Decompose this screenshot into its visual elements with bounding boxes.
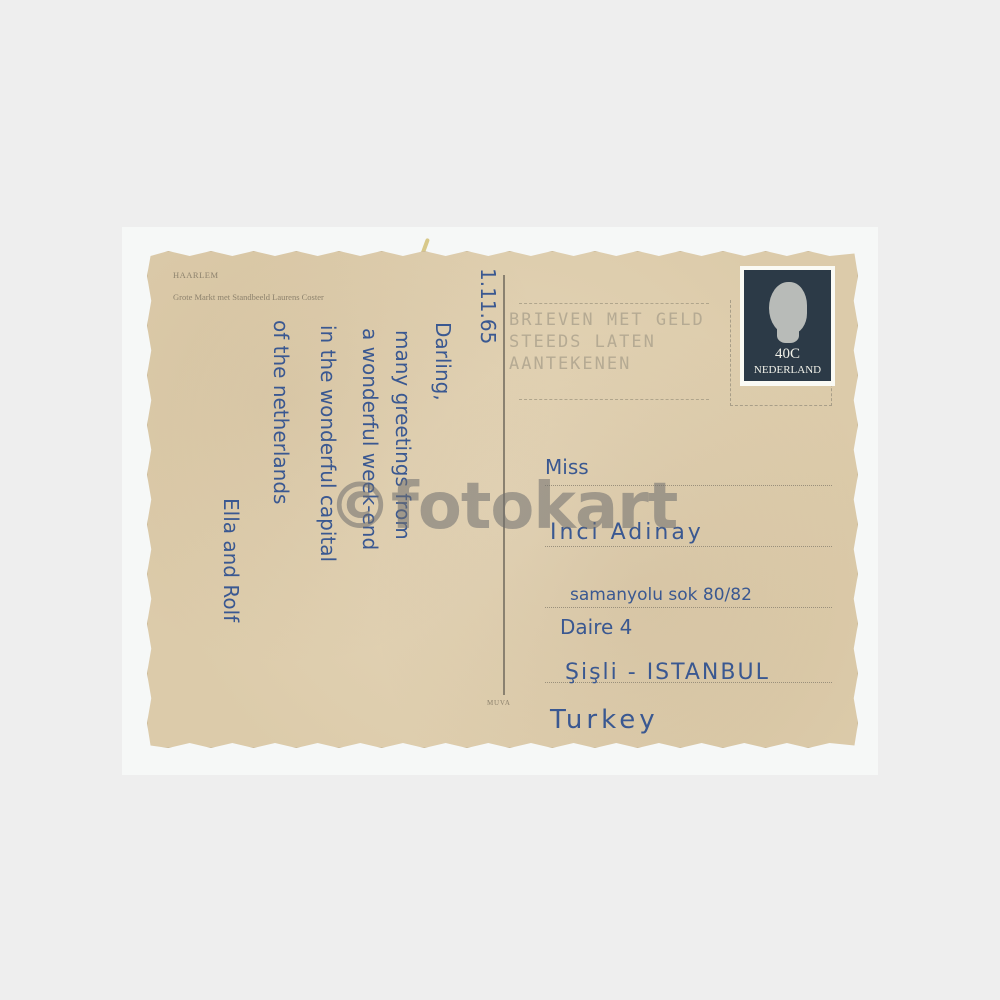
printer-mark: MUVA — [487, 699, 511, 707]
postmark-rule — [519, 303, 709, 304]
address-line-3: samanyolu sok 80/82 — [570, 585, 752, 605]
message-date: 1.11.65 — [476, 268, 500, 344]
postmark-line: AANTEKENEN — [509, 353, 719, 375]
stamp-face: 40C NEDERLAND — [744, 270, 831, 381]
printed-caption: Grote Markt met Standbeeld Laurens Coste… — [173, 292, 324, 302]
postmark-line: STEEDS LATEN — [509, 331, 719, 353]
postage-stamp: 40C NEDERLAND — [740, 266, 835, 386]
stamp-value: 40C — [744, 346, 831, 363]
printed-city: HAARLEM — [173, 270, 219, 280]
address-line — [545, 607, 832, 608]
watermark: ©fotokart — [328, 470, 677, 544]
postmark-rule — [519, 399, 709, 400]
address-line-6: Turkey — [550, 705, 659, 735]
message-signature: Ella and Rolf — [219, 498, 243, 622]
message-line: Darling, — [431, 322, 455, 401]
postmark-line: BRIEVEN MET GELD — [509, 303, 719, 331]
message-line: of the netherlands — [269, 320, 293, 504]
address-line-4: Daire 4 — [560, 615, 632, 639]
stamp-country: NEDERLAND — [744, 364, 831, 376]
queen-portrait-neck — [777, 325, 799, 343]
address-line-5: Şişli - ISTANBUL — [565, 660, 770, 685]
address-line — [545, 546, 832, 547]
postmark-slogan: BRIEVEN MET GELD STEEDS LATEN AANTEKENEN — [509, 303, 719, 403]
